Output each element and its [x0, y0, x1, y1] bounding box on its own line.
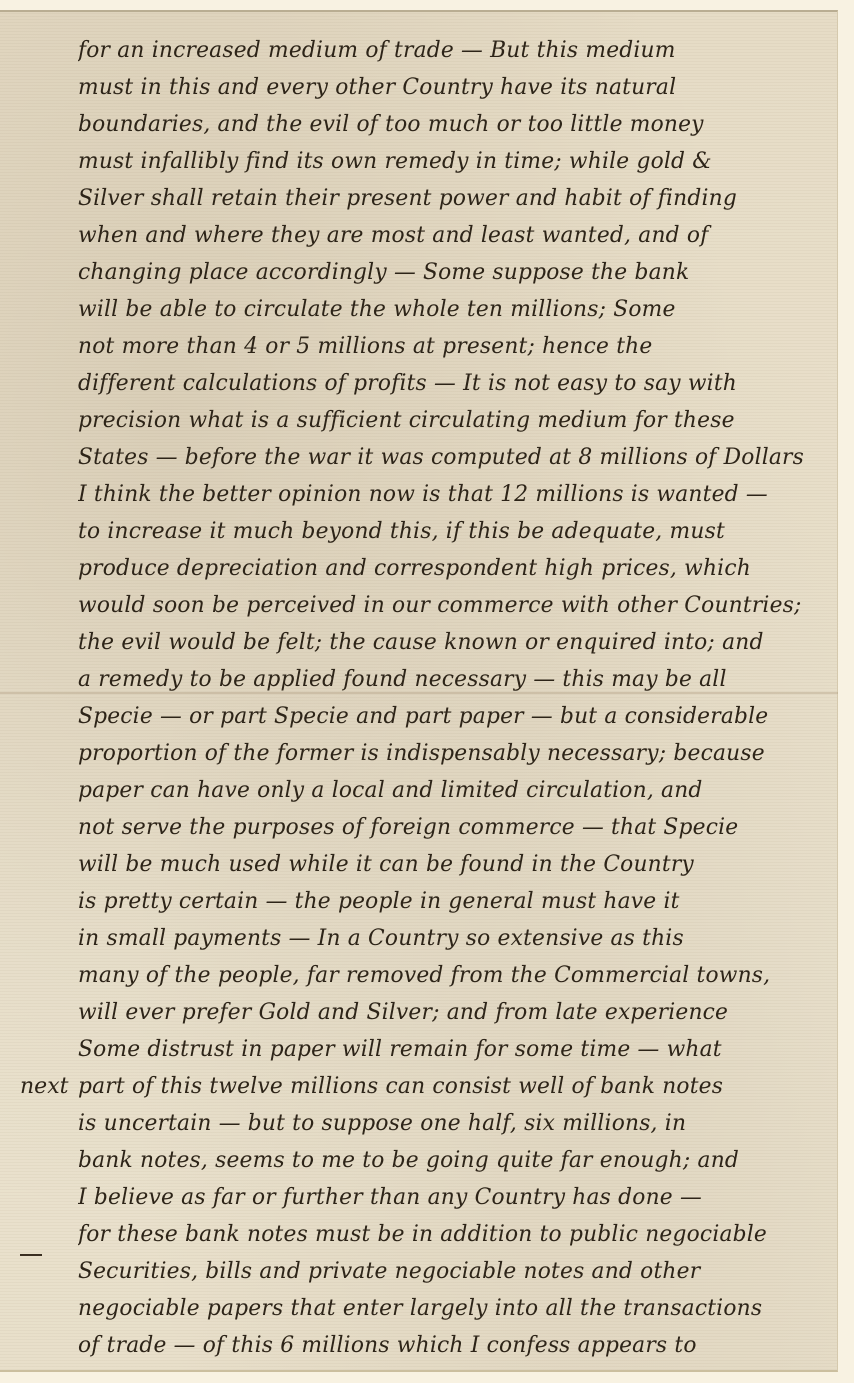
manuscript-line: proportion of the former is indispensabl…	[78, 741, 830, 777]
manuscript-line: part of this twelve millions can consist…	[78, 1074, 830, 1110]
manuscript-line: States — before the war it was computed …	[78, 445, 830, 481]
manuscript-line: precision what is a sufficient circulati…	[78, 408, 830, 444]
manuscript-line: in small payments — In a Country so exte…	[78, 926, 830, 962]
manuscript-line: must in this and every other Country hav…	[78, 75, 830, 111]
manuscript-line: will be much used while it can be found …	[78, 852, 830, 888]
manuscript-line: I think the better opinion now is that 1…	[78, 482, 830, 518]
manuscript-line: different calculations of profits — It i…	[78, 371, 830, 407]
manuscript-line: Some distrust in paper will remain for s…	[78, 1037, 830, 1073]
manuscript-line: many of the people, far removed from the…	[78, 963, 830, 999]
manuscript-line: not serve the purposes of foreign commer…	[78, 815, 830, 851]
manuscript-line: to increase it much beyond this, if this…	[78, 519, 830, 555]
manuscript-line: a remedy to be applied found necessary —…	[78, 667, 830, 703]
manuscript-line: the evil would be felt; the cause known …	[78, 630, 830, 666]
manuscript-paper: for an increased medium of trade — But t…	[0, 10, 838, 1372]
manuscript-line: would soon be perceived in our commerce …	[78, 593, 830, 629]
manuscript-line: will be able to circulate the whole ten …	[78, 297, 830, 333]
manuscript-line: is pretty certain — the people in genera…	[78, 889, 830, 925]
manuscript-line: boundaries, and the evil of too much or …	[78, 112, 830, 148]
scanned-page-frame: for an increased medium of trade — But t…	[0, 0, 854, 1383]
manuscript-line: when and where they are most and least w…	[78, 223, 830, 259]
manuscript-line: of trade — of this 6 millions which I co…	[78, 1333, 830, 1369]
manuscript-line: for these bank notes must be in addition…	[78, 1222, 830, 1258]
manuscript-line: not more than 4 or 5 millions at present…	[78, 334, 830, 370]
manuscript-line: bank notes, seems to me to be going quit…	[78, 1148, 830, 1184]
manuscript-line: I believe as far or further than any Cou…	[78, 1185, 830, 1221]
manuscript-line: changing place accordingly — Some suppos…	[78, 260, 830, 296]
margin-dash-mark	[20, 1254, 42, 1256]
manuscript-line: must infallibly find its own remedy in t…	[78, 149, 830, 185]
manuscript-line: for an increased medium of trade — But t…	[78, 38, 830, 74]
manuscript-line: Silver shall retain their present power …	[78, 186, 830, 222]
manuscript-line: will ever prefer Gold and Silver; and fr…	[78, 1000, 830, 1036]
manuscript-line: paper can have only a local and limited …	[78, 778, 830, 814]
margin-note: next	[20, 1074, 68, 1099]
manuscript-line: Specie — or part Specie and part paper —…	[78, 704, 830, 740]
manuscript-line: produce depreciation and correspondent h…	[78, 556, 830, 592]
manuscript-line: is uncertain — but to suppose one half, …	[78, 1111, 830, 1147]
manuscript-line: negociable papers that enter largely int…	[78, 1296, 830, 1332]
manuscript-line: Securities, bills and private negociable…	[78, 1259, 830, 1295]
